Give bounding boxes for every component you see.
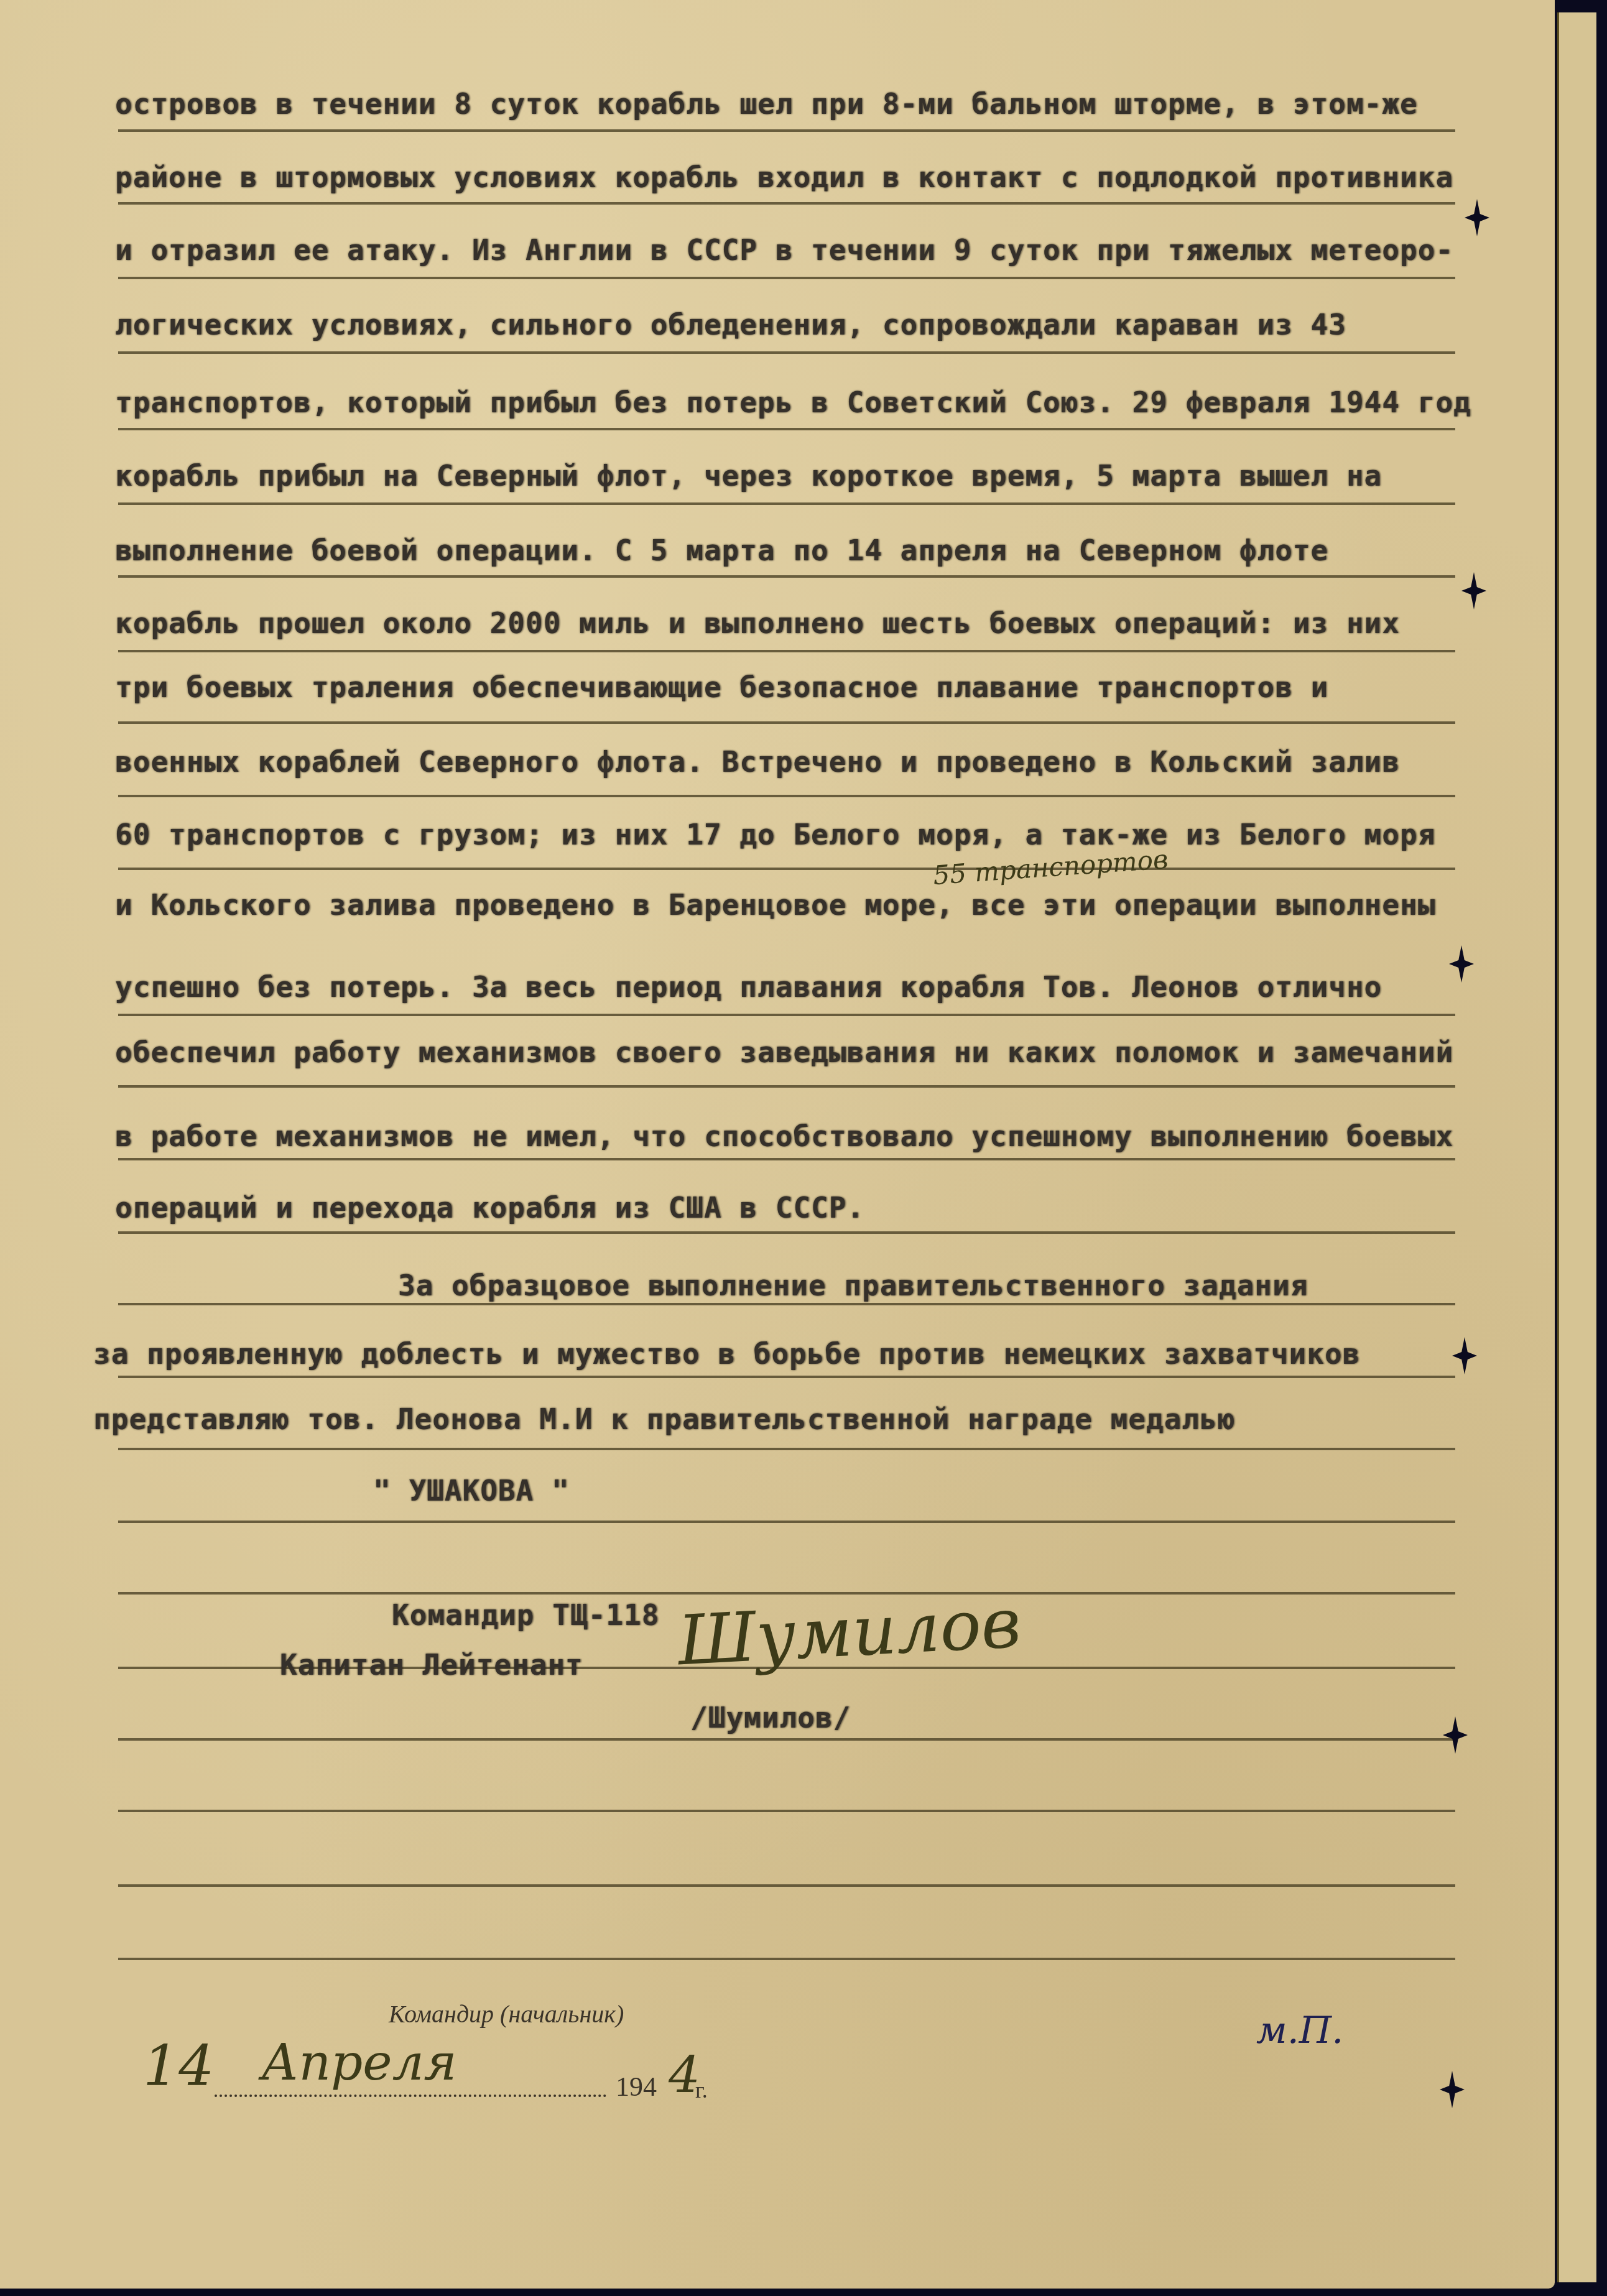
body-line: обеспечил работу механизмов своего завед… — [115, 1035, 1453, 1069]
ruled-line — [118, 650, 1455, 652]
ruled-line — [118, 1014, 1455, 1016]
body-line: и отразил ее атаку. Из Англии в СССР в т… — [115, 233, 1453, 267]
ruled-line — [118, 575, 1455, 578]
ruled-line — [118, 1810, 1455, 1812]
tear-mark — [1443, 1716, 1468, 1754]
ruled-line — [118, 721, 1455, 724]
body-line: успешно без потерь. За весь период плава… — [115, 970, 1382, 1004]
body-line: корабль прошел около 2000 миль и выполне… — [115, 606, 1400, 640]
body-line: транспортов, который прибыл без потерь в… — [115, 386, 1471, 419]
tear-mark — [1465, 199, 1489, 236]
handwritten-signature: Шумилов — [676, 1583, 1023, 1681]
tear-mark — [1449, 945, 1474, 983]
body-line: островов в течении 8 суток корабль шел п… — [115, 87, 1418, 121]
printed-label-commander: Командир (начальник) — [389, 1999, 624, 2029]
ruled-line — [118, 1884, 1455, 1887]
ruled-line — [118, 1521, 1455, 1523]
closing-line: представляю тов. Леонова М.И к правитель… — [93, 1402, 1235, 1436]
closing-line: за проявленную доблесть и мужество в бор… — [93, 1337, 1360, 1371]
body-line: в работе механизмов не имел, что способс… — [115, 1119, 1453, 1153]
closing-line: За образцовое выполнение правительственн… — [398, 1269, 1308, 1302]
year-unit: г. — [695, 2077, 708, 2103]
date-underline — [215, 2095, 606, 2097]
ruled-line — [118, 1085, 1455, 1088]
ruled-line — [118, 1158, 1455, 1160]
page-fold-margin — [1557, 12, 1596, 2282]
body-line: операций и перехода корабля из США в ССС… — [115, 1191, 864, 1224]
ruled-line — [118, 1958, 1455, 1960]
date-day: 14 — [143, 2034, 215, 2099]
award-name: " УШАКОВА " — [373, 1474, 570, 1507]
ruled-line — [118, 351, 1455, 354]
ruled-line — [118, 1592, 1455, 1595]
body-line: районе в штормовых условиях корабль вход… — [115, 160, 1453, 194]
signer-name: /Шумилов/ — [690, 1701, 851, 1734]
ruled-line — [118, 1448, 1455, 1450]
year-prefix: 194 — [616, 2071, 657, 2103]
body-line: корабль прибыл на Северный флот, через к… — [115, 459, 1382, 493]
body-line: и Кольского залива проведено в Баренцово… — [115, 888, 1435, 922]
body-line: три боевых траления обеспечивающие безоп… — [115, 670, 1328, 704]
stamp-mark: м.П. — [1256, 2009, 1343, 2052]
body-line: 60 транспортов с грузом; из них 17 до Бе… — [115, 818, 1435, 851]
signer-rank: Капитан Лейтенант — [280, 1648, 583, 1682]
tear-mark — [1461, 572, 1486, 609]
ruled-line — [118, 1231, 1455, 1234]
body-line: логических условиях, сильного обледенени… — [115, 308, 1346, 341]
ruled-line — [118, 502, 1455, 505]
ruled-line — [118, 428, 1455, 430]
ruled-line — [118, 795, 1455, 797]
signer-position: Командир ТЩ-118 — [392, 1598, 659, 1632]
ruled-line — [118, 868, 1455, 870]
tear-mark — [1440, 2071, 1465, 2108]
document-page: островов в течении 8 суток корабль шел п… — [0, 0, 1555, 2289]
ruled-line — [118, 1738, 1455, 1741]
ruled-line — [118, 1376, 1455, 1378]
ruled-line — [118, 1303, 1455, 1305]
body-line: выполнение боевой операции. С 5 марта по… — [115, 534, 1328, 567]
body-line: военных кораблей Северного флота. Встреч… — [115, 745, 1400, 779]
ruled-line — [118, 202, 1455, 205]
ruled-line — [118, 129, 1455, 132]
tear-mark — [1452, 1337, 1477, 1374]
ruled-line — [118, 277, 1455, 279]
date-month: Апреля — [261, 2034, 457, 2091]
